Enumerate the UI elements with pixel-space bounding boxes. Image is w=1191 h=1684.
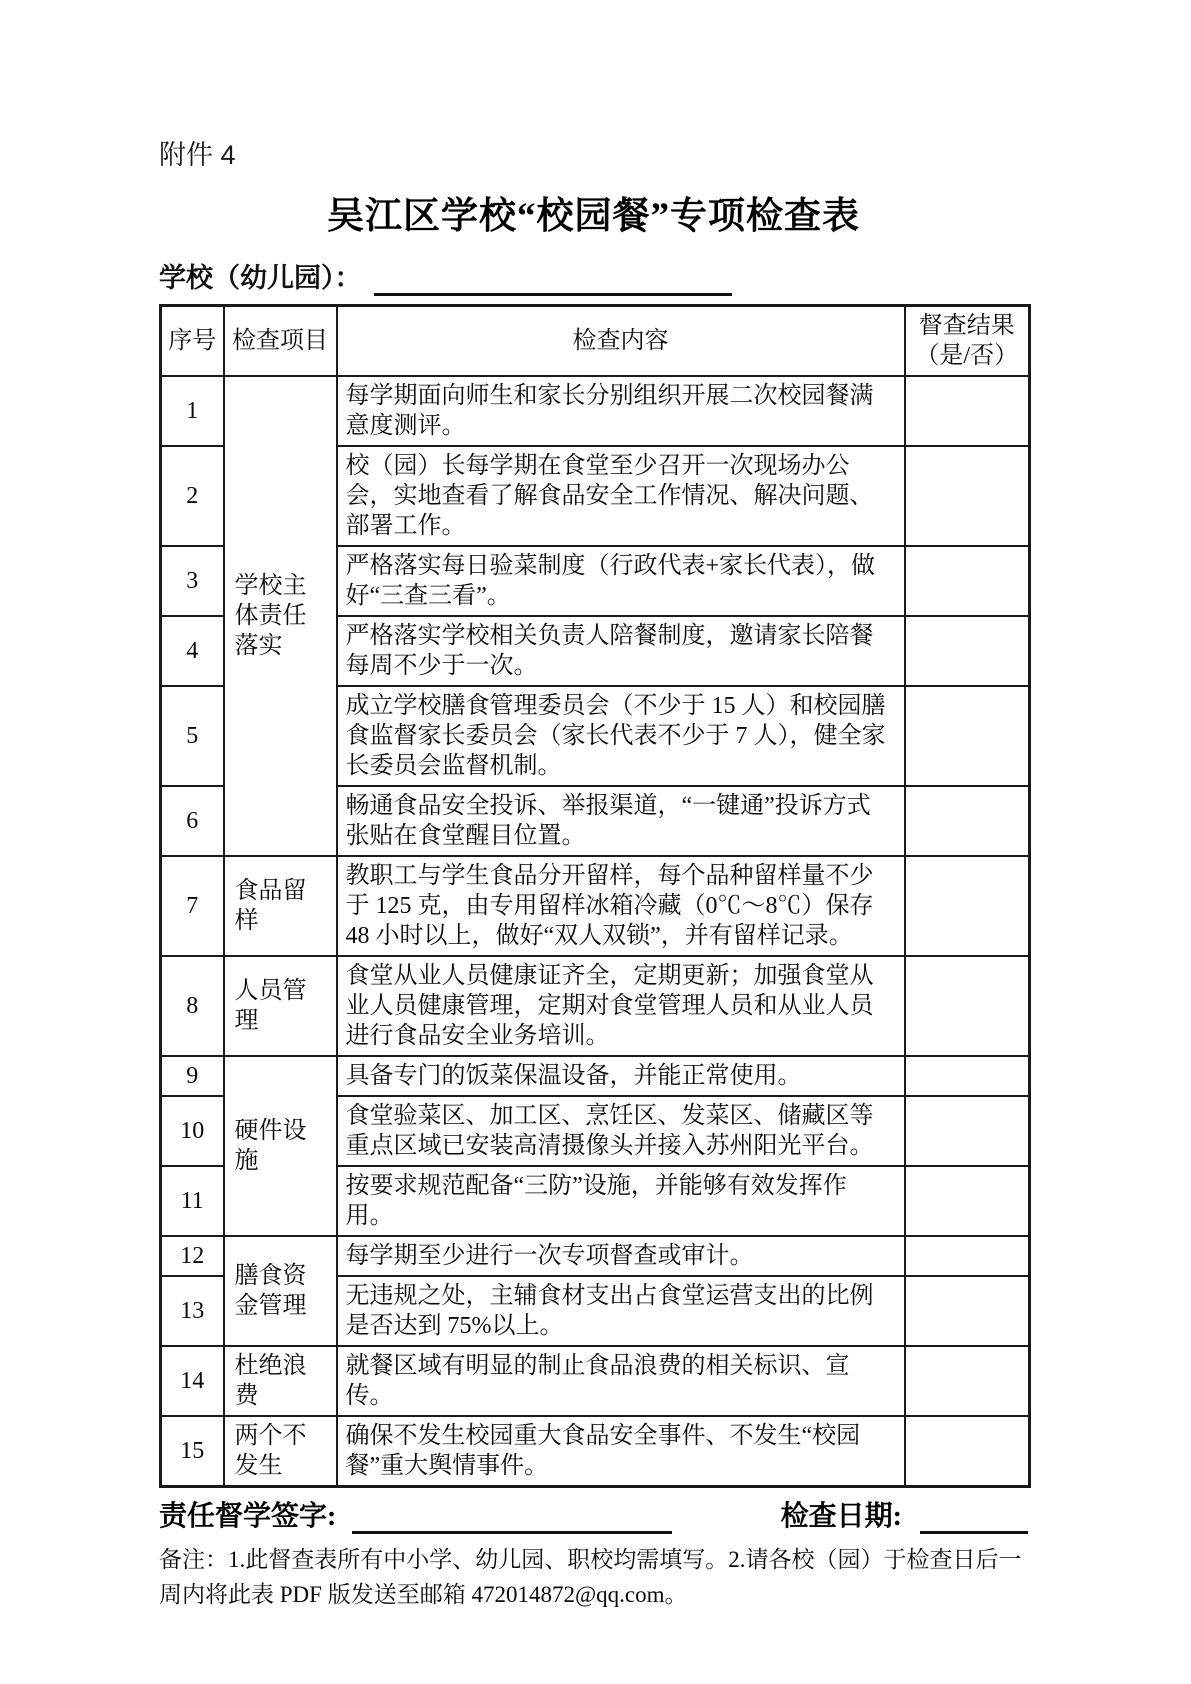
category-cell: 两个不发生 xyxy=(224,1416,337,1487)
result-cell xyxy=(905,1236,1030,1276)
category-cell: 学校主体责任落实 xyxy=(224,376,337,856)
result-cell xyxy=(905,376,1030,446)
row-no: 1 xyxy=(161,376,224,446)
content-cell: 畅通食品安全投诉、举报渠道，“一键通”投诉方式张贴在食堂醒目位置。 xyxy=(337,786,905,856)
row-no: 9 xyxy=(161,1056,224,1096)
table-row: 14 杜绝浪费 就餐区域有明显的制止食品浪费的相关标识、宣传。 xyxy=(161,1346,1030,1416)
content-cell: 每学期面向师生和家长分别组织开展二次校园餐满意度测评。 xyxy=(337,376,905,446)
row-no: 3 xyxy=(161,546,224,616)
row-no: 8 xyxy=(161,956,224,1056)
school-field-label: 学校（幼儿园）： xyxy=(159,260,362,296)
result-cell xyxy=(905,1416,1030,1487)
result-cell xyxy=(905,1056,1030,1096)
content-cell: 每学期至少进行一次专项督查或审计。 xyxy=(337,1236,905,1276)
row-no: 10 xyxy=(161,1096,224,1166)
category-cell: 食品留样 xyxy=(224,856,337,956)
header-content: 检查内容 xyxy=(337,306,905,377)
result-cell xyxy=(905,856,1030,956)
category-cell: 膳食资金管理 xyxy=(224,1236,337,1346)
content-cell: 无违规之处，主辅食材支出占食堂运营支出的比例是否达到 75%以上。 xyxy=(337,1276,905,1346)
header-result: 督查结果（是/否） xyxy=(905,306,1030,377)
inspection-table: 序号 检查项目 检查内容 督查结果（是/否） 1 学校主体责任落实 每学期面向师… xyxy=(159,304,1031,1488)
content-cell: 就餐区域有明显的制止食品浪费的相关标识、宣传。 xyxy=(337,1346,905,1416)
row-no: 5 xyxy=(161,686,224,786)
row-no: 11 xyxy=(161,1166,224,1236)
row-no: 6 xyxy=(161,786,224,856)
row-no: 15 xyxy=(161,1416,224,1487)
content-cell: 校（园）长每学期在食堂至少召开一次现场办公会，实地查看了解食品安全工作情况、解决… xyxy=(337,446,905,546)
signature-label: 责任督学签字: xyxy=(159,1500,336,1534)
school-fill-in-blank xyxy=(374,266,732,296)
row-no: 4 xyxy=(161,616,224,686)
row-no: 14 xyxy=(161,1346,224,1416)
table-header-row: 序号 检查项目 检查内容 督查结果（是/否） xyxy=(161,306,1030,377)
signature-row: 责任督学签字: 检查日期: xyxy=(159,1500,1028,1534)
result-cell xyxy=(905,1346,1030,1416)
table-row: 12 膳食资金管理 每学期至少进行一次专项督查或审计。 xyxy=(161,1236,1030,1276)
page-content: 附件 4 吴江区学校“校园餐”专项检查表 学校（幼儿园）： 序号 检查项目 检查… xyxy=(159,0,1028,1612)
row-no: 2 xyxy=(161,446,224,546)
date-label: 检查日期: xyxy=(781,1500,902,1534)
table-row: 7 食品留样 教职工与学生食品分开留样，每个品种留样量不少于 125 克，由专用… xyxy=(161,856,1030,956)
table-row: 1 学校主体责任落实 每学期面向师生和家长分别组织开展二次校园餐满意度测评。 xyxy=(161,376,1030,446)
result-cell xyxy=(905,1166,1030,1236)
result-cell xyxy=(905,786,1030,856)
row-no: 13 xyxy=(161,1276,224,1346)
content-cell: 按要求规范配备“三防”设施，并能够有效发挥作用。 xyxy=(337,1166,905,1236)
category-cell: 杜绝浪费 xyxy=(224,1346,337,1416)
row-no: 12 xyxy=(161,1236,224,1276)
notes-text: 备注：1.此督查表所有中小学、幼儿园、职校均需填写。2.请各校（园）于检查日后一… xyxy=(159,1542,1028,1612)
content-cell: 具备专门的饭菜保温设备，并能正常使用。 xyxy=(337,1056,905,1096)
content-cell: 教职工与学生食品分开留样，每个品种留样量不少于 125 克，由专用留样冰箱冷藏（… xyxy=(337,856,905,956)
result-cell xyxy=(905,956,1030,1056)
table-row: 15 两个不发生 确保不发生校园重大食品安全事件、不发生“校园餐”重大舆情事件。 xyxy=(161,1416,1030,1487)
table-row: 8 人员管理 食堂从业人员健康证齐全，定期更新；加强食堂从业人员健康管理，定期对… xyxy=(161,956,1030,1056)
page-title: 吴江区学校“校园餐”专项检查表 xyxy=(159,194,1028,240)
content-cell: 严格落实每日验菜制度（行政代表+家长代表），做好“三查三看”。 xyxy=(337,546,905,616)
attachment-label: 附件 4 xyxy=(159,140,1028,170)
school-field: 学校（幼儿园）： xyxy=(159,260,1028,296)
content-cell: 成立学校膳食管理委员会（不少于 15 人）和校园膳食监督家长委员会（家长代表不少… xyxy=(337,686,905,786)
category-cell: 人员管理 xyxy=(224,956,337,1056)
category-cell: 硬件设施 xyxy=(224,1056,337,1236)
header-no: 序号 xyxy=(161,306,224,377)
result-cell xyxy=(905,616,1030,686)
row-no: 7 xyxy=(161,856,224,956)
content-cell: 严格落实学校相关负责人陪餐制度，邀请家长陪餐每周不少于一次。 xyxy=(337,616,905,686)
content-cell: 食堂验菜区、加工区、烹饪区、发菜区、储藏区等重点区域已安装高清摄像头并接入苏州阳… xyxy=(337,1096,905,1166)
date-fill-in-blank xyxy=(920,1506,1028,1534)
signature-fill-in-blank xyxy=(352,1506,672,1534)
result-cell xyxy=(905,1096,1030,1166)
document-page: { "document": { "attachment_label": "附件 … xyxy=(0,0,1191,1684)
result-cell xyxy=(905,446,1030,546)
content-cell: 食堂从业人员健康证齐全，定期更新；加强食堂从业人员健康管理，定期对食堂管理人员和… xyxy=(337,956,905,1056)
header-item: 检查项目 xyxy=(224,306,337,377)
result-cell xyxy=(905,546,1030,616)
content-cell: 确保不发生校园重大食品安全事件、不发生“校园餐”重大舆情事件。 xyxy=(337,1416,905,1487)
result-cell xyxy=(905,686,1030,786)
result-cell xyxy=(905,1276,1030,1346)
table-row: 9 硬件设施 具备专门的饭菜保温设备，并能正常使用。 xyxy=(161,1056,1030,1096)
